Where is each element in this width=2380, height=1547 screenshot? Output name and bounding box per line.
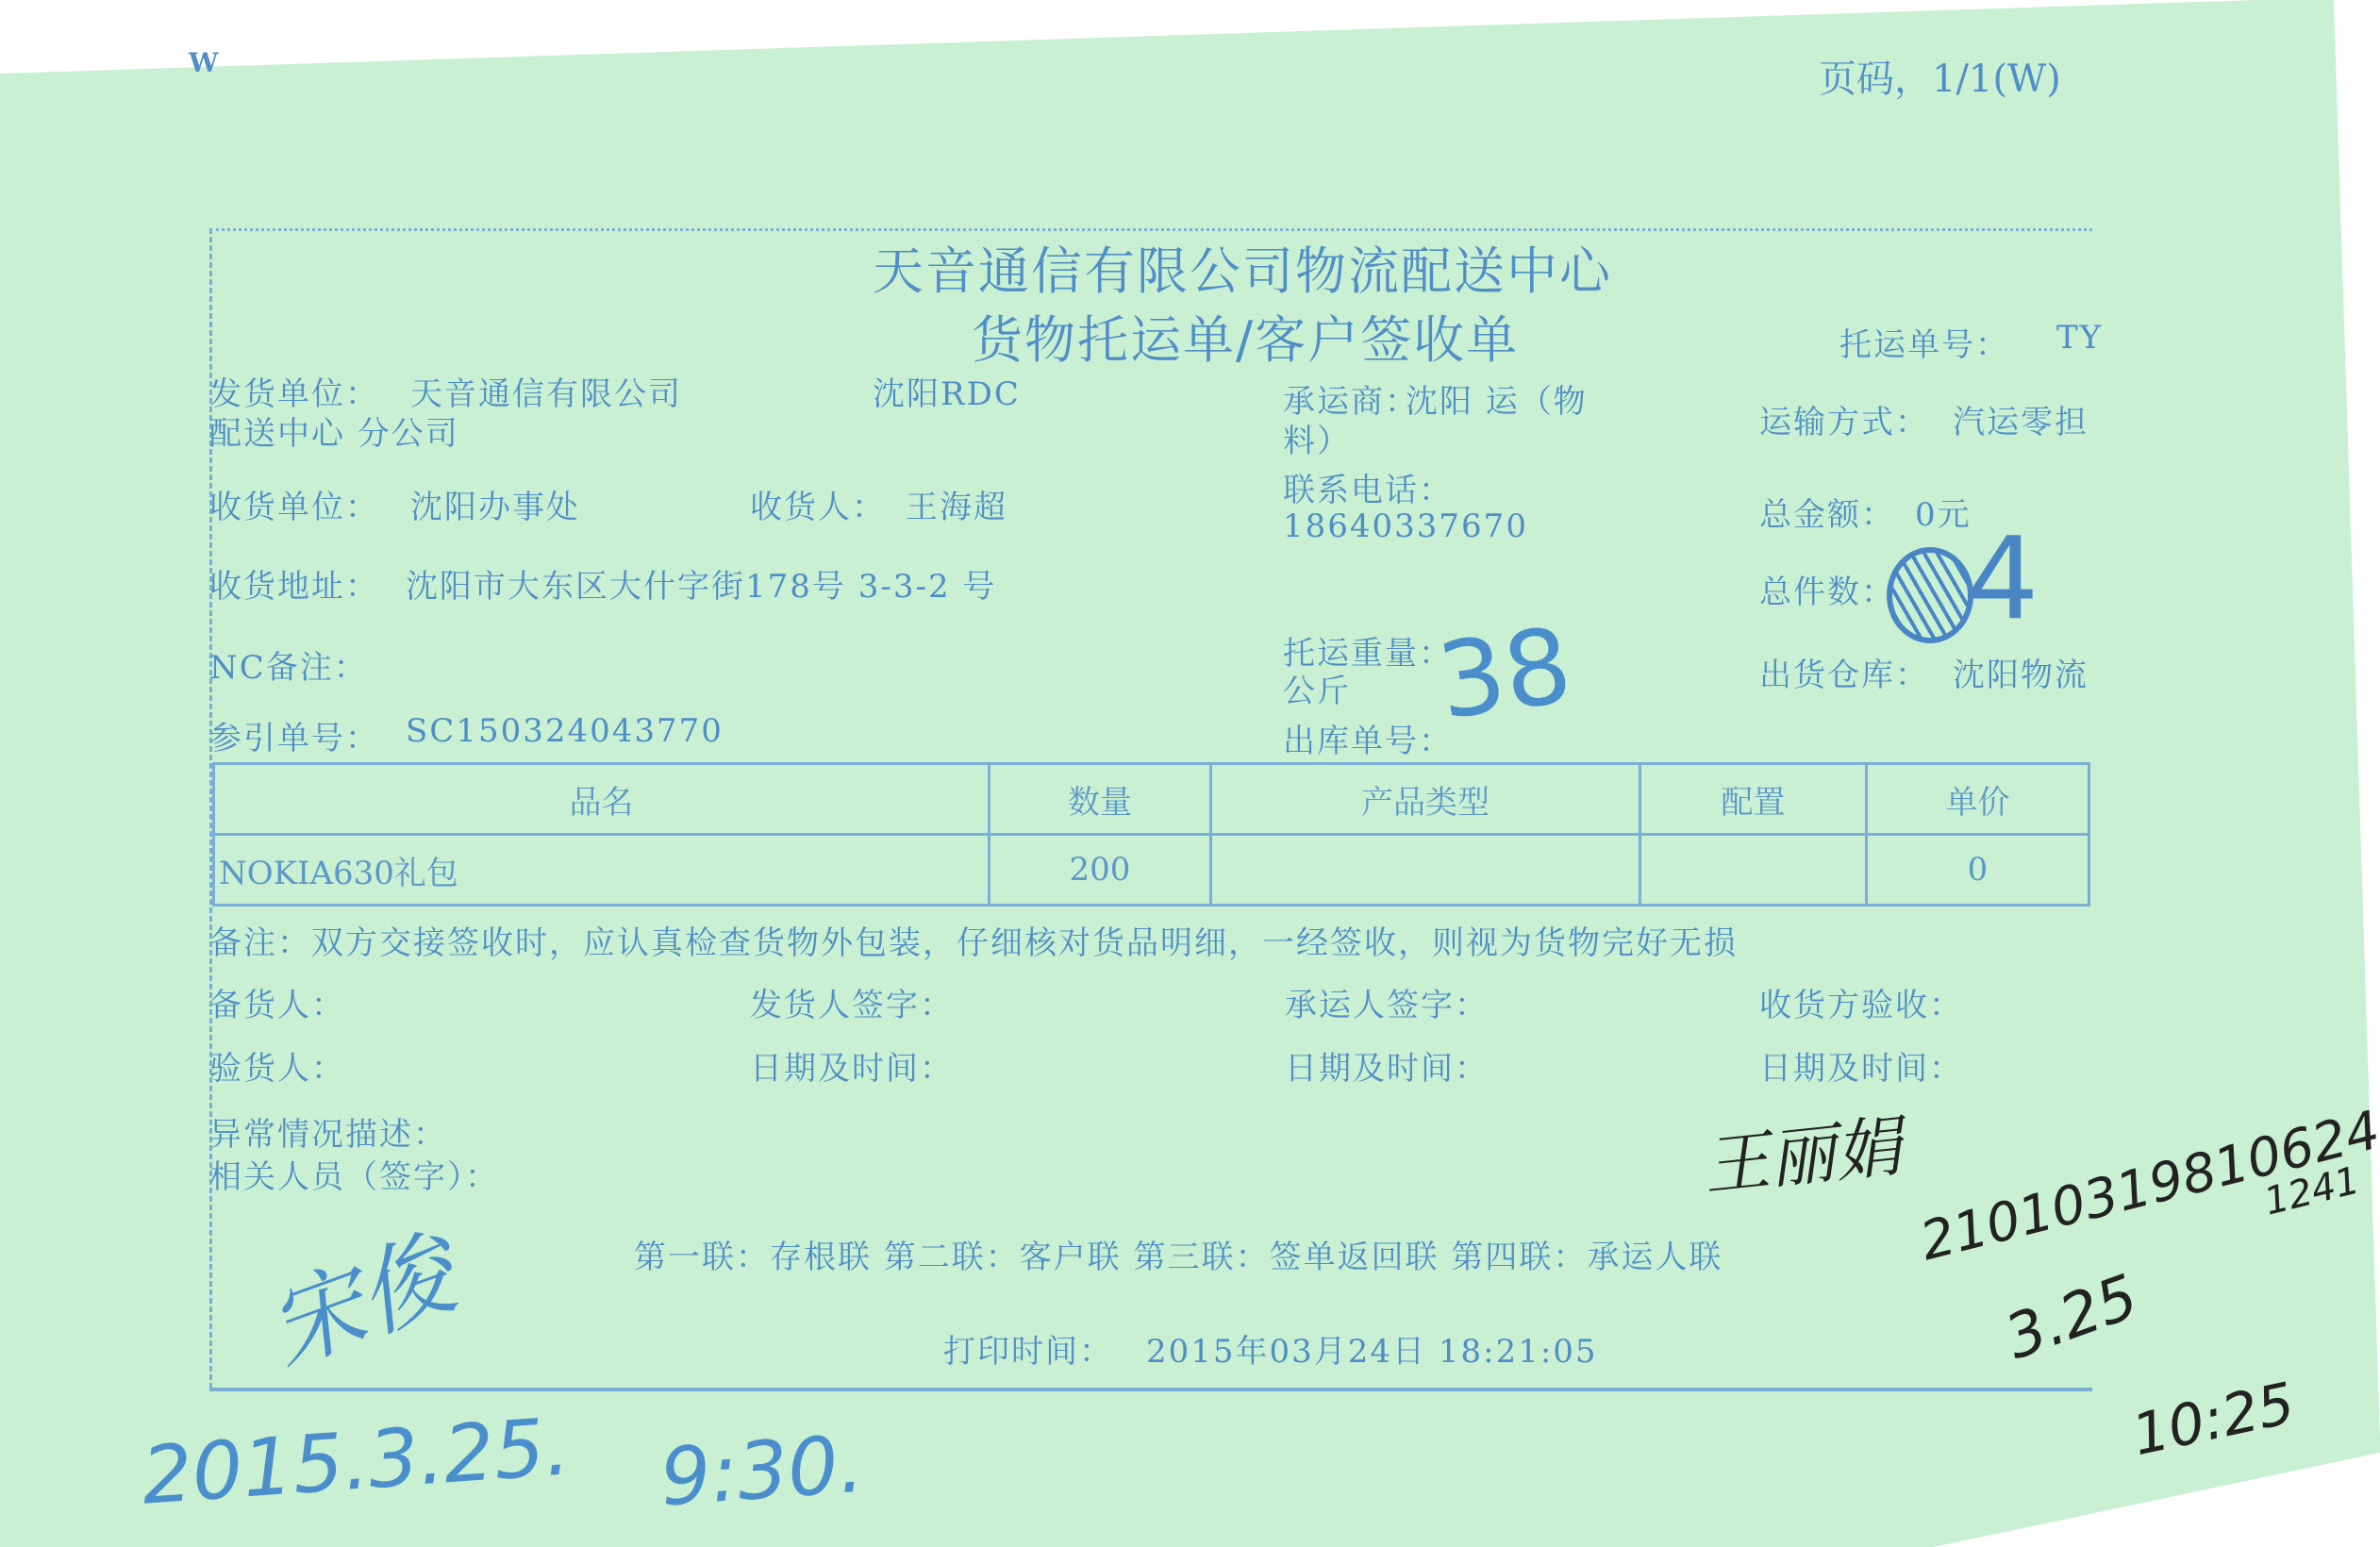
receiver-check-label: 收货方验收： bbox=[1759, 979, 1963, 1025]
inspector-label: 验货人： bbox=[209, 1042, 345, 1089]
transport-mode-label: 运输方式： bbox=[1759, 396, 1929, 442]
receiver-unit-label: 收货单位： bbox=[209, 481, 379, 527]
phone-value: 18640337670 bbox=[1283, 507, 1528, 545]
handwritten-time-bottom-left: 9:30. bbox=[657, 1418, 867, 1524]
document-title: 天音通信有限公司物流配送中心 bbox=[873, 231, 1612, 304]
cell-config bbox=[1640, 835, 1867, 906]
column-header-quantity: 数量 bbox=[990, 764, 1211, 835]
column-header-name: 品名 bbox=[214, 764, 990, 835]
consignment-no-value: TY bbox=[2056, 319, 2103, 357]
carrier-value-line1: 沈阳 运（物 bbox=[1406, 375, 1588, 422]
shipper-line2: 配送中心 分公司 bbox=[209, 408, 459, 454]
page-number: 页码，1/1(W) bbox=[1819, 49, 2061, 103]
consignment-no-label: 托运单号： bbox=[1839, 319, 2009, 365]
table-header-row: 品名 数量 产品类型 配置 单价 bbox=[214, 764, 2089, 835]
reference-no-value: SC150324043770 bbox=[406, 712, 724, 750]
nc-remark-label: NC备注： bbox=[209, 641, 368, 688]
copies-note: 第一联：存根联 第二联：客户联 第三联：签单返回联 第四联：承运人联 bbox=[634, 1231, 1723, 1277]
total-amount-label: 总金额： bbox=[1759, 489, 1895, 535]
handwritten-pieces-crossed bbox=[1887, 547, 1973, 643]
receiver-datetime-label: 日期及时间： bbox=[1759, 1042, 1963, 1089]
exception-label: 异常情况描述： bbox=[209, 1108, 447, 1155]
weight-label-line2: 公斤 bbox=[1283, 665, 1351, 711]
phone-label: 联系电话： bbox=[1283, 464, 1453, 510]
cell-unit-price: 0 bbox=[1867, 835, 2089, 906]
handwritten-weight: 38 bbox=[1431, 605, 1578, 742]
handwritten-pieces: 4 bbox=[1967, 514, 2039, 645]
corner-mark: W bbox=[189, 47, 218, 78]
reference-no-label: 参引单号： bbox=[209, 712, 379, 758]
column-header-config: 配置 bbox=[1640, 764, 1867, 835]
remark-text: 备注：双方交接签收时，应认真检查货物外包装，仔细核对货品明细，一经签收，则视为货… bbox=[209, 917, 1738, 963]
receiver-value: 王海超 bbox=[906, 481, 1007, 527]
shipper-sign-label: 发货人签字： bbox=[750, 979, 954, 1025]
cell-type bbox=[1211, 835, 1640, 906]
table-row: NOKIA630礼包 200 0 bbox=[214, 835, 2089, 906]
warehouse-label: 出货仓库： bbox=[1759, 649, 1929, 695]
carrier-sign-label: 承运人签字： bbox=[1285, 979, 1489, 1025]
address-label: 收货地址： bbox=[209, 560, 379, 607]
carrier-datetime-label: 日期及时间： bbox=[1285, 1042, 1489, 1089]
items-table: 品名 数量 产品类型 配置 单价 NOKIA630礼包 200 0 bbox=[212, 762, 2090, 907]
carrier-value-line2: 料） bbox=[1283, 415, 1351, 461]
related-person-label: 相关人员（签字）： bbox=[209, 1151, 499, 1197]
total-pieces-label: 总件数： bbox=[1759, 566, 1895, 612]
outbound-no-label: 出库单号： bbox=[1283, 715, 1453, 761]
receiver-unit-value: 沈阳办事处 bbox=[410, 481, 580, 527]
frame-bottom-border bbox=[209, 1388, 2092, 1391]
cell-quantity: 200 bbox=[990, 835, 1211, 906]
preparer-label: 备货人： bbox=[209, 979, 345, 1025]
column-header-type: 产品类型 bbox=[1211, 764, 1640, 835]
document-subtitle: 货物托运单/客户签收单 bbox=[972, 300, 1519, 373]
shipper-datetime-label: 日期及时间： bbox=[750, 1042, 954, 1089]
print-time-value: 2015年03月24日 18:21:05 bbox=[1146, 1325, 1598, 1372]
address-value: 沈阳市大东区大什字街178号 3-3-2 号 bbox=[406, 560, 996, 607]
total-amount-value: 0元 bbox=[1915, 489, 1972, 535]
transport-mode-value: 汽运零担 bbox=[1953, 396, 2089, 442]
receiver-label: 收货人： bbox=[750, 481, 886, 527]
column-header-unit-price: 单价 bbox=[1867, 764, 2089, 835]
warehouse-value: 沈阳物流 bbox=[1953, 649, 2089, 695]
print-time-label: 打印时间： bbox=[943, 1325, 1113, 1372]
shipper-rdc: 沈阳RDC bbox=[873, 368, 1021, 414]
cell-name: NOKIA630礼包 bbox=[214, 835, 990, 906]
